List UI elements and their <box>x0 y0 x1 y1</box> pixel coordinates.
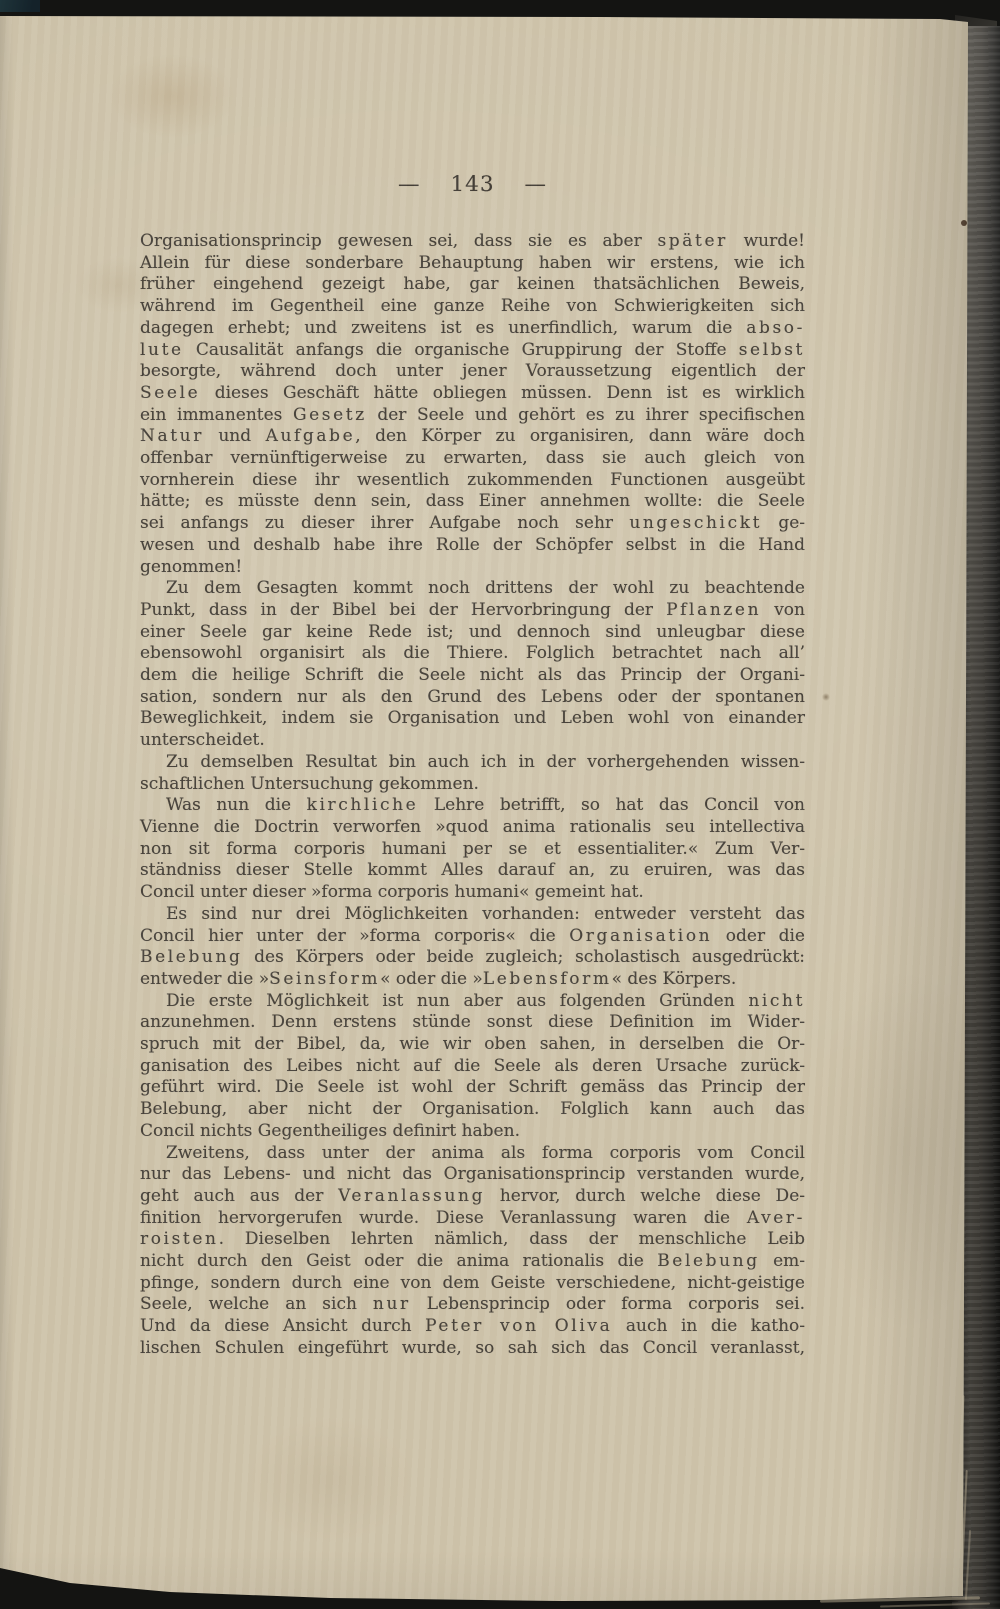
text-line: finition hervorgerufen wurde. Diese Vera… <box>140 1208 805 1230</box>
text-line: Was nun die kirchliche Lehre betrifft, s… <box>140 795 805 817</box>
text-segment: dagegen erhebt; und zweitens ist es uner… <box>140 318 746 338</box>
text-segment: Lehre betrifft, so hat das Concil von <box>418 795 805 815</box>
text-segment: dem die heilige Schrift die Seele nicht … <box>140 665 805 685</box>
text-segment: Causalität anfangs die organische Gruppi… <box>184 340 739 360</box>
letterspaced-word: Pflanzen <box>666 600 761 620</box>
text-line: sation, sondern nur als den Grund des Le… <box>140 687 805 709</box>
text-line: entweder die »Seinsform« oder die »Leben… <box>140 969 805 991</box>
text-line: roisten. Dieselben lehrten nämlich, dass… <box>140 1229 805 1251</box>
letterspaced-word: Gesetz <box>293 405 367 425</box>
text-line: Die erste Möglichkeit ist nun aber aus f… <box>140 991 805 1013</box>
text-segment: Was nun die <box>166 795 307 815</box>
text-segment: wurde! <box>728 231 805 251</box>
text-line: ein immanentes Gesetz der Seele und gehö… <box>140 405 805 427</box>
text-line: schaftlichen Untersuchung gekommen. <box>140 774 805 796</box>
text-segment: des Körpers oder beide zugleich; scholas… <box>243 947 805 967</box>
letterspaced-word: selbst <box>739 340 805 360</box>
text-line: Punkt, dass in der Bibel bei der Hervorb… <box>140 600 805 622</box>
text-segment: spruch mit der Bibel, da, wie wir oben s… <box>140 1034 805 1054</box>
text-segment: Lebensprincip oder forma corporis sei. <box>411 1294 805 1314</box>
letterspaced-word: Aver- <box>747 1208 805 1228</box>
letterspaced-word: Organisation <box>569 926 712 946</box>
letterspaced-word: Belebung <box>140 947 243 967</box>
text-segment: während im Gegentheil eine ganze Reihe v… <box>140 296 805 316</box>
text-segment: non sit forma corporis humani per se et … <box>140 839 805 859</box>
text-line: ebensowohl organisirt als die Thiere. Fo… <box>140 643 805 665</box>
text-segment: ständniss dieser Stelle kommt Alles dara… <box>140 860 805 880</box>
text-line: besorgte, während doch unter jener Vorau… <box>140 361 805 383</box>
text-segment: Zu dem Gesagten kommt noch drittens der … <box>166 578 805 598</box>
text-line: vornherein diese ihr wesentlich zukommen… <box>140 470 805 492</box>
text-segment: unterscheidet. <box>140 730 265 750</box>
text-segment: nur das Lebens- und nicht das Organisati… <box>140 1164 805 1184</box>
letterspaced-word: Peter von Oliva <box>425 1316 612 1336</box>
text-segment: Die erste Möglichkeit ist nun aber aus f… <box>166 991 748 1011</box>
text-line: wesen und deshalb habe ihre Rolle der Sc… <box>140 535 805 557</box>
paper-speck <box>961 220 967 226</box>
text-segment: « des Körpers. <box>612 969 737 989</box>
text-segment: , den Körper zu organisiren, dann wäre d… <box>355 426 805 446</box>
text-segment: Allein für diese sonderbare Behauptung h… <box>140 253 805 273</box>
text-segment: nicht durch den Geist oder die anima rat… <box>140 1251 657 1271</box>
letterspaced-word: roisten <box>140 1229 219 1249</box>
text-segment: oder die <box>712 926 805 946</box>
text-line: sei anfangs zu dieser ihrer Aufgabe noch… <box>140 513 805 535</box>
text-segment: Organisationsprincip gewesen sei, dass s… <box>140 231 657 251</box>
letterspaced-word: Seele <box>140 383 200 403</box>
text-segment: Concil hier unter der »forma corporis« d… <box>140 926 569 946</box>
text-line: Zweitens, dass unter der anima als forma… <box>140 1143 805 1165</box>
text-segment: Es sind nur drei Möglichkeiten vorhanden… <box>166 904 805 924</box>
text-segment: vornherein diese ihr wesentlich zukommen… <box>140 470 805 490</box>
text-segment: dieses Geschäft hätte obliegen müssen. D… <box>200 383 805 403</box>
text-segment: lischen Schulen eingeführt wurde, so sah… <box>140 1338 805 1358</box>
text-segment: Punkt, dass in der Bibel bei der Hervorb… <box>140 600 666 620</box>
letterspaced-word: ungeschickt <box>629 513 762 533</box>
page-number: — 143 — <box>140 172 805 197</box>
text-segment: Zu demselben Resultat bin auch ich in de… <box>166 752 805 772</box>
text-line: nur das Lebens- und nicht das Organisati… <box>140 1164 805 1186</box>
text-segment: Vienne die Doctrin verworfen »quod anima… <box>140 817 805 837</box>
text-segment: Concil nichts Gegentheiliges definirt ha… <box>140 1121 520 1141</box>
page-number-dash-left: — <box>398 172 421 197</box>
letterspaced-word: Seinsform <box>269 969 380 989</box>
text-line: Beweglichkeit, indem sie Organisation un… <box>140 708 805 730</box>
text-segment: und <box>204 426 266 446</box>
text-segment: Belebung, aber nicht der Organisation. F… <box>140 1099 805 1119</box>
text-line: dem die heilige Schrift die Seele nicht … <box>140 665 805 687</box>
text-segment: ein immanentes <box>140 405 293 425</box>
text-line: Belebung des Körpers oder beide zugleich… <box>140 947 805 969</box>
text-line: einer Seele gar keine Rede ist; und denn… <box>140 622 805 644</box>
text-segment: auch in die katho- <box>612 1316 805 1336</box>
text-line: Natur und Aufgabe, den Körper zu organis… <box>140 426 805 448</box>
text-segment: hätte; es müsste denn sein, dass Einer a… <box>140 491 805 511</box>
text-line: genommen! <box>140 557 805 579</box>
text-line: Concil hier unter der »forma corporis« d… <box>140 926 805 948</box>
text-segment: hervor, durch welche diese De- <box>485 1186 805 1206</box>
letterspaced-word: abso- <box>746 318 805 338</box>
letterspaced-word: lute <box>140 340 184 360</box>
text-line: Zu demselben Resultat bin auch ich in de… <box>140 752 805 774</box>
text-segment: wesen und deshalb habe ihre Rolle der Sc… <box>140 535 805 555</box>
text-segment: ganisation des Leibes nicht auf die Seel… <box>140 1056 805 1076</box>
text-line: Vienne die Doctrin verworfen »quod anima… <box>140 817 805 839</box>
text-line: früher eingehend gezeigt habe, gar keine… <box>140 274 805 296</box>
text-line: lischen Schulen eingeführt wurde, so sah… <box>140 1338 805 1360</box>
text-line: non sit forma corporis humani per se et … <box>140 839 805 861</box>
text-segment: em- <box>760 1251 805 1271</box>
text-segment: entweder die » <box>140 969 269 989</box>
text-line: Belebung, aber nicht der Organisation. F… <box>140 1099 805 1121</box>
text-line: Seele, welche an sich nur Lebensprincip … <box>140 1294 805 1316</box>
scan-canvas: — 143 — Organisationsprincip gewesen sei… <box>0 0 1000 1609</box>
text-line: Zu dem Gesagten kommt noch drittens der … <box>140 578 805 600</box>
text-segment: von <box>761 600 805 620</box>
text-line: Concil unter dieser »forma corporis huma… <box>140 882 805 904</box>
letterspaced-word: kirchliche <box>307 795 419 815</box>
letterspaced-word: Lebensform <box>483 969 612 989</box>
text-segment: anzunehmen. Denn erstens stünde sonst di… <box>140 1012 805 1032</box>
text-segment: einer Seele gar keine Rede ist; und denn… <box>140 622 805 642</box>
text-segment: ge- <box>762 513 805 533</box>
text-line: hätte; es müsste denn sein, dass Einer a… <box>140 491 805 513</box>
text-segment: sation, sondern nur als den Grund des Le… <box>140 687 805 707</box>
text-segment: Zweitens, dass unter der anima als forma… <box>166 1143 805 1163</box>
text-segment: geht auch aus der <box>140 1186 338 1206</box>
text-line: Seele dieses Geschäft hätte obliegen müs… <box>140 383 805 405</box>
text-segment: Seele, welche an sich <box>140 1294 373 1314</box>
text-line: während im Gegentheil eine ganze Reihe v… <box>140 296 805 318</box>
text-line: anzunehmen. Denn erstens stünde sonst di… <box>140 1012 805 1034</box>
scanned-page: — 143 — Organisationsprincip gewesen sei… <box>0 0 1000 1609</box>
text-segment: « oder die » <box>380 969 483 989</box>
letterspaced-word: nicht <box>748 991 805 1011</box>
text-line: geht auch aus der Veranlassung hervor, d… <box>140 1186 805 1208</box>
letterspaced-word: nur <box>373 1294 411 1314</box>
text-line: Und da diese Ansicht durch Peter von Oli… <box>140 1316 805 1338</box>
text-segment: Beweglichkeit, indem sie Organisation un… <box>140 708 805 728</box>
text-segment: früher eingehend gezeigt habe, gar keine… <box>140 274 805 294</box>
text-segment: der Seele und gehört es zu ihrer specifi… <box>367 405 805 425</box>
text-line: Allein für diese sonderbare Behauptung h… <box>140 253 805 275</box>
text-line: Concil nichts Gegentheiliges definirt ha… <box>140 1121 805 1143</box>
text-line: dagegen erhebt; und zweitens ist es uner… <box>140 318 805 340</box>
text-line: lute Causalität anfangs die organische G… <box>140 340 805 362</box>
text-line: unterscheidet. <box>140 730 805 752</box>
text-segment: . Dieselben lehrten nämlich, dass der me… <box>219 1229 805 1249</box>
text-segment: finition hervorgerufen wurde. Diese Vera… <box>140 1208 747 1228</box>
text-line: geführt wird. Die Seele ist wohl der Sch… <box>140 1077 805 1099</box>
text-segment: pfinge, sondern durch eine von dem Geist… <box>140 1273 805 1293</box>
text-line: nicht durch den Geist oder die anima rat… <box>140 1251 805 1273</box>
text-segment: genommen! <box>140 557 242 577</box>
text-line: ganisation des Leibes nicht auf die Seel… <box>140 1056 805 1078</box>
text-segment: geführt wird. Die Seele ist wohl der Sch… <box>140 1077 805 1097</box>
text-line: Es sind nur drei Möglichkeiten vorhanden… <box>140 904 805 926</box>
letterspaced-word: Aufgabe <box>266 426 356 446</box>
page-number-value: 143 <box>450 172 494 197</box>
corner-artifact <box>0 0 40 12</box>
text-segment: Concil unter dieser »forma corporis huma… <box>140 882 644 902</box>
text-line: Organisationsprincip gewesen sei, dass s… <box>140 231 805 253</box>
text-segment: offenbar vernünftigerweise zu erwarten, … <box>140 448 805 468</box>
text-segment: schaftlichen Untersuchung gekommen. <box>140 774 479 794</box>
text-line: pfinge, sondern durch eine von dem Geist… <box>140 1273 805 1295</box>
text-line: spruch mit der Bibel, da, wie wir oben s… <box>140 1034 805 1056</box>
letterspaced-word: Natur <box>140 426 204 446</box>
text-block: Organisationsprincip gewesen sei, dass s… <box>140 231 805 1360</box>
text-segment: Und da diese Ansicht durch <box>140 1316 425 1336</box>
text-line: offenbar vernünftigerweise zu erwarten, … <box>140 448 805 470</box>
text-segment: ebensowohl organisirt als die Thiere. Fo… <box>140 643 805 663</box>
text-segment: sei anfangs zu dieser ihrer Aufgabe noch… <box>140 513 629 533</box>
letterspaced-word: Belebung <box>657 1251 760 1271</box>
text-segment: besorgte, während doch unter jener Vorau… <box>140 361 805 381</box>
letterspaced-word: Veranlassung <box>338 1186 485 1206</box>
text-line: ständniss dieser Stelle kommt Alles dara… <box>140 860 805 882</box>
letterspaced-word: später <box>657 231 727 251</box>
page-number-dash-right: — <box>525 172 548 197</box>
